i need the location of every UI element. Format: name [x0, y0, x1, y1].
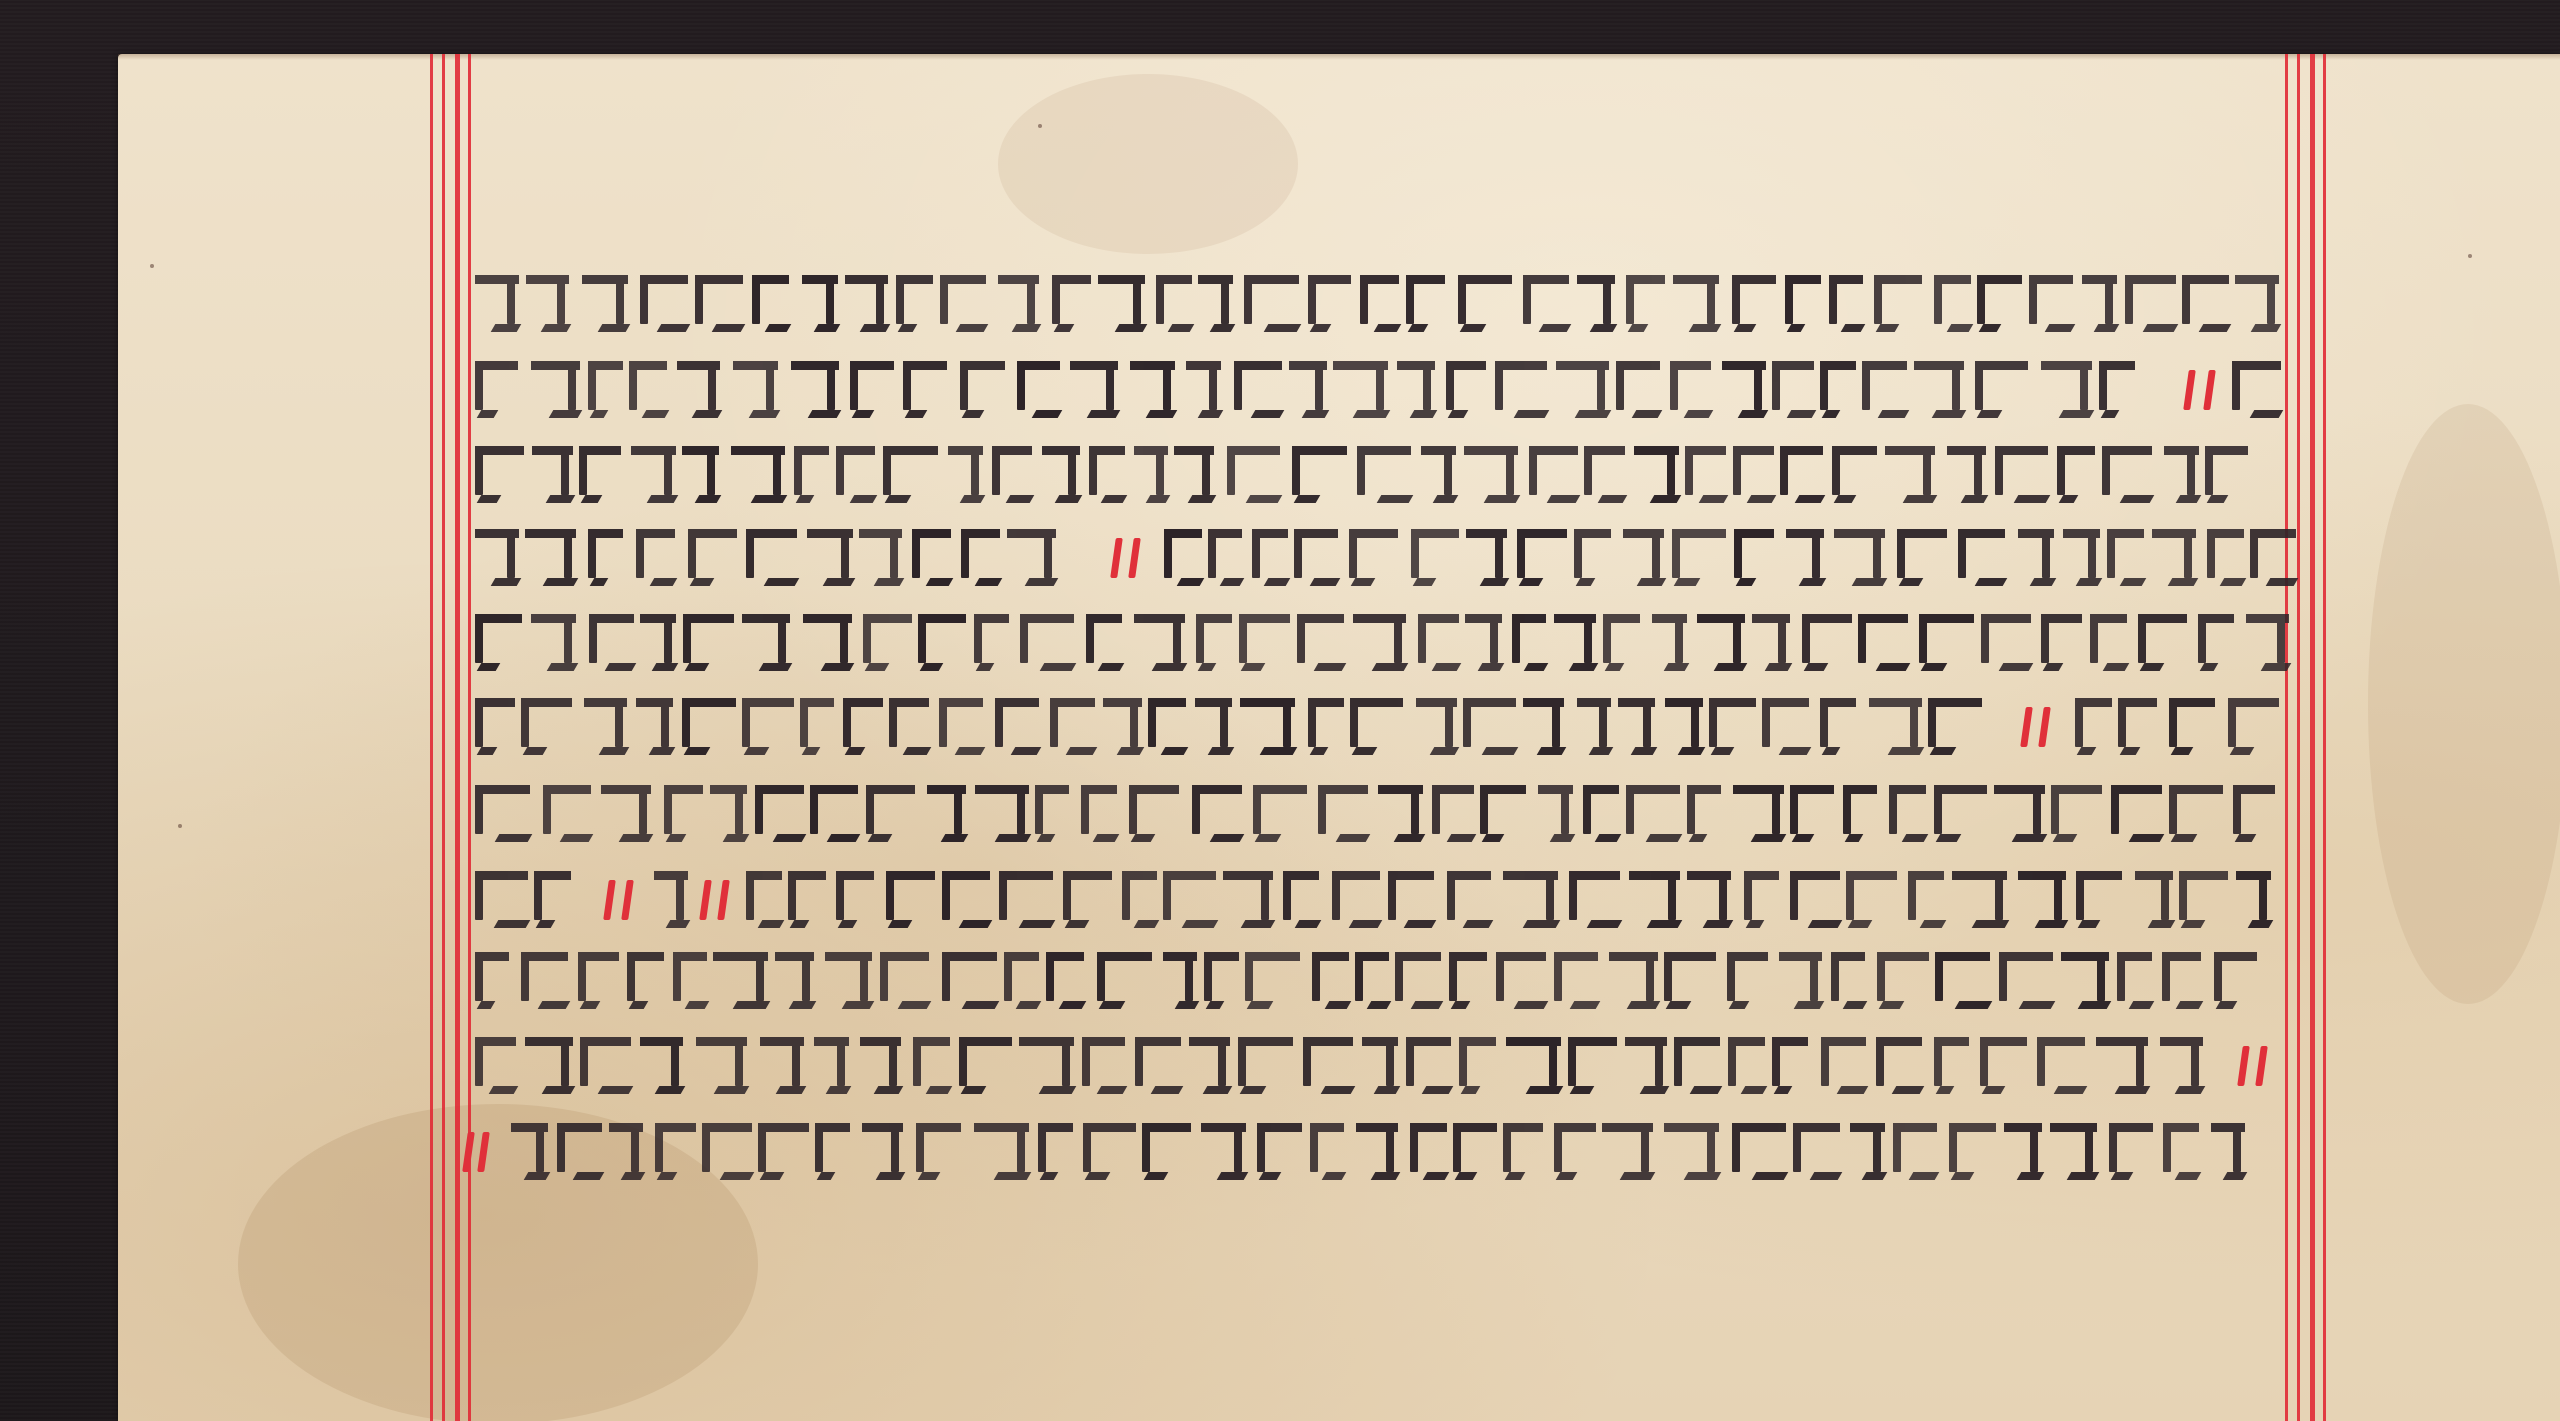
script-glyph — [1664, 952, 1716, 1005]
script-glyph — [2041, 614, 2082, 667]
script-glyph — [1626, 275, 1665, 328]
script-glyph — [2109, 1123, 2153, 1176]
script-glyph — [1618, 698, 1655, 751]
script-glyph — [1253, 785, 1307, 838]
script-glyph — [2082, 275, 2117, 328]
script-glyph — [1722, 361, 1766, 414]
script-glyph — [1463, 698, 1516, 751]
script-glyph — [1934, 1037, 1969, 1090]
script-glyph — [862, 1123, 903, 1176]
script-glyph — [525, 529, 576, 582]
script-glyph — [1204, 952, 1239, 1005]
script-glyph — [1163, 952, 1197, 1005]
script-glyph — [1850, 1123, 1885, 1176]
script-glyph — [1503, 1123, 1543, 1176]
script-glyph — [2107, 529, 2144, 582]
script-glyph — [1332, 871, 1380, 924]
script-glyph — [912, 529, 951, 582]
script-glyph — [713, 952, 768, 1005]
script-glyph — [1734, 529, 1774, 582]
script-glyph — [2096, 1037, 2148, 1090]
script-glyph — [1097, 952, 1152, 1005]
script-glyph — [1495, 361, 1547, 414]
script-glyph — [998, 275, 1039, 328]
script-glyph — [1283, 871, 1319, 924]
script-glyph — [1919, 614, 1974, 667]
script-glyph — [579, 446, 621, 499]
script-glyph — [758, 1123, 809, 1176]
script-glyph — [927, 785, 966, 838]
script-glyph — [1785, 275, 1821, 328]
red-danda-mark — [2237, 1046, 2250, 1086]
script-glyph — [999, 871, 1053, 924]
script-glyph — [1411, 529, 1459, 582]
script-glyph — [1082, 1037, 1125, 1090]
script-glyph — [742, 698, 794, 751]
script-glyph — [584, 698, 627, 751]
script-glyph — [1523, 275, 1569, 328]
script-glyph — [2018, 871, 2066, 924]
script-glyph — [815, 1123, 850, 1176]
script-glyph — [1793, 1123, 1840, 1176]
script-glyph — [1994, 785, 2045, 838]
script-glyph — [2163, 1123, 2199, 1176]
script-glyph — [942, 871, 990, 924]
script-glyph — [1779, 952, 1822, 1005]
script-glyph — [475, 614, 522, 667]
script-glyph — [1103, 698, 1142, 751]
script-glyph — [682, 698, 736, 751]
script-glyph — [710, 785, 747, 838]
script-glyph — [1574, 529, 1611, 582]
script-glyph — [1538, 785, 1573, 838]
script-glyph — [1017, 361, 1060, 414]
script-glyph — [1802, 614, 1852, 667]
script-glyph — [1227, 446, 1280, 499]
script-glyph — [1294, 529, 1338, 582]
script-glyph — [1821, 1037, 1866, 1090]
script-glyph — [1174, 446, 1214, 499]
script-glyph — [1244, 275, 1299, 328]
script-glyph — [1554, 1123, 1596, 1176]
script-glyph — [746, 529, 797, 582]
script-glyph — [975, 785, 1029, 838]
script-glyph — [733, 361, 778, 414]
script-glyph — [631, 446, 676, 499]
script-glyph — [1977, 275, 2022, 328]
script-glyph — [1308, 698, 1344, 751]
script-glyph — [2090, 614, 2127, 667]
red-danda-mark — [699, 880, 712, 920]
script-glyph — [475, 446, 524, 499]
script-glyph — [2246, 614, 2289, 667]
script-glyph — [1687, 785, 1721, 838]
script-glyph — [843, 698, 883, 751]
red-danda-mark — [603, 880, 616, 920]
script-glyph — [1130, 361, 1175, 414]
script-glyph — [1163, 871, 1216, 924]
script-glyph — [960, 361, 1005, 414]
script-glyph — [794, 446, 829, 499]
script-glyph — [1252, 529, 1288, 582]
script-glyph — [1459, 1037, 1496, 1090]
script-glyph — [1697, 614, 1745, 667]
script-glyph — [475, 529, 519, 582]
script-glyph — [654, 871, 688, 924]
script-glyph — [1728, 1037, 1765, 1090]
script-glyph — [1410, 1123, 1447, 1176]
script-glyph — [1517, 529, 1567, 582]
script-glyph — [521, 698, 572, 751]
script-glyph — [992, 446, 1032, 499]
script-glyph — [1665, 698, 1703, 751]
script-glyph — [543, 785, 591, 838]
script-glyph — [1672, 529, 1726, 582]
script-glyph — [1664, 1123, 1719, 1176]
script-glyph — [1790, 871, 1840, 924]
script-glyph — [588, 529, 623, 582]
script-glyph — [1496, 952, 1546, 1005]
manuscript-line — [0, 780, 2560, 844]
script-glyph — [1752, 614, 1790, 667]
script-glyph — [1889, 785, 1926, 838]
script-glyph — [1350, 698, 1403, 751]
script-glyph — [1503, 871, 1558, 924]
manuscript-line — [0, 1118, 2560, 1182]
script-glyph — [1019, 1037, 1074, 1090]
script-glyph — [1447, 871, 1491, 924]
script-glyph — [1083, 1123, 1136, 1176]
script-glyph — [683, 614, 734, 667]
script-glyph — [1995, 446, 2048, 499]
script-glyph — [1577, 275, 1615, 328]
script-glyph — [2041, 361, 2092, 414]
script-glyph — [1623, 529, 1664, 582]
script-glyph — [578, 952, 619, 1005]
script-glyph — [1098, 275, 1145, 328]
script-glyph — [1885, 446, 1935, 499]
script-glyph — [2111, 785, 2162, 838]
script-glyph — [1063, 871, 1112, 924]
script-glyph — [1603, 614, 1640, 667]
script-glyph — [580, 1037, 631, 1090]
script-glyph — [1634, 446, 1679, 499]
script-glyph — [731, 446, 785, 499]
script-glyph — [1480, 785, 1526, 838]
script-glyph — [1397, 361, 1435, 414]
script-glyph — [2169, 698, 2215, 751]
script-glyph — [788, 871, 826, 924]
script-glyph — [1727, 952, 1768, 1005]
script-glyph — [2179, 871, 2228, 924]
script-glyph — [1196, 614, 1232, 667]
script-glyph — [939, 698, 983, 751]
script-glyph — [916, 1123, 961, 1176]
script-glyph — [2205, 446, 2248, 499]
script-glyph — [1820, 698, 1856, 751]
script-glyph — [1303, 1037, 1353, 1090]
script-glyph — [1239, 614, 1290, 667]
script-glyph — [2125, 275, 2176, 328]
script-glyph — [1914, 361, 1964, 414]
script-glyph — [1980, 1037, 2027, 1090]
script-glyph — [2162, 952, 2201, 1005]
script-glyph — [1308, 275, 1351, 328]
script-glyph — [800, 698, 834, 751]
script-glyph — [1685, 446, 1726, 499]
script-glyph — [475, 698, 515, 751]
script-glyph — [1556, 361, 1609, 414]
script-glyph — [2182, 275, 2229, 328]
script-glyph — [2228, 698, 2279, 751]
script-glyph — [601, 785, 651, 838]
script-glyph — [791, 361, 839, 414]
script-glyph — [1356, 1123, 1398, 1176]
script-glyph — [959, 1037, 1012, 1090]
script-glyph — [1949, 1123, 1996, 1176]
script-glyph — [475, 275, 519, 328]
script-glyph — [609, 1123, 643, 1176]
script-glyph — [1732, 275, 1776, 328]
script-glyph — [1086, 614, 1122, 667]
script-glyph — [2138, 614, 2187, 667]
script-glyph — [1934, 275, 1971, 328]
script-glyph — [1020, 614, 1074, 667]
script-glyph — [1333, 361, 1388, 414]
script-glyph — [531, 361, 580, 414]
script-glyph — [1257, 1123, 1302, 1176]
script-glyph — [802, 275, 838, 328]
script-glyph — [2232, 361, 2281, 414]
script-glyph — [1289, 361, 1327, 414]
script-glyph — [1007, 529, 1056, 582]
script-glyph — [775, 952, 814, 1005]
script-glyph — [859, 529, 902, 582]
script-glyph — [1134, 446, 1168, 499]
script-glyph — [640, 614, 676, 667]
manuscript-line — [0, 1032, 2560, 1096]
script-glyph — [860, 1037, 901, 1090]
script-glyph — [1388, 871, 1434, 924]
script-glyph — [511, 1123, 548, 1176]
script-glyph — [1406, 1037, 1451, 1090]
script-glyph — [1786, 529, 1824, 582]
script-glyph — [1378, 785, 1423, 838]
script-glyph — [1465, 614, 1502, 667]
script-glyph — [1843, 785, 1877, 838]
manuscript-line — [0, 356, 2560, 420]
script-glyph — [2235, 275, 2279, 328]
script-glyph — [1360, 275, 1399, 328]
red-danda-mark — [462, 1132, 475, 1172]
script-glyph — [1625, 1037, 1667, 1090]
manuscript-line — [0, 609, 2560, 673]
script-glyph — [1629, 871, 1680, 924]
script-glyph — [1523, 698, 1564, 751]
script-glyph — [1506, 1037, 1561, 1090]
script-glyph — [1569, 871, 1620, 924]
script-glyph — [1189, 1037, 1230, 1090]
script-glyph — [807, 529, 853, 582]
script-glyph — [1934, 785, 1987, 838]
script-glyph — [1466, 529, 1507, 582]
script-glyph — [836, 446, 875, 499]
script-glyph — [1223, 871, 1273, 924]
script-glyph — [1981, 614, 2031, 667]
script-glyph — [1240, 698, 1295, 751]
red-danda-mark — [717, 880, 730, 920]
script-glyph — [1245, 952, 1300, 1005]
script-glyph — [1395, 952, 1441, 1005]
script-glyph — [475, 1037, 516, 1090]
script-glyph — [1234, 361, 1282, 414]
script-glyph — [1458, 275, 1512, 328]
script-glyph — [1674, 1037, 1720, 1090]
script-glyph — [682, 446, 719, 499]
script-glyph — [2207, 529, 2244, 582]
script-glyph — [1874, 275, 1922, 328]
manuscript-line — [0, 866, 2560, 930]
script-glyph — [803, 614, 852, 667]
script-glyph — [1238, 1037, 1293, 1090]
script-glyph — [589, 614, 634, 667]
script-glyph — [475, 785, 530, 838]
script-glyph — [2117, 952, 2152, 1005]
script-glyph — [521, 952, 568, 1005]
script-glyph — [1829, 275, 1863, 328]
script-glyph — [1893, 1123, 1937, 1176]
script-glyph — [1355, 952, 1389, 1005]
script-glyph — [1609, 952, 1658, 1005]
script-glyph — [1512, 614, 1546, 667]
script-glyph — [475, 361, 518, 414]
script-glyph — [702, 1123, 752, 1176]
script-glyph — [1869, 698, 1922, 751]
script-glyph — [2057, 446, 2095, 499]
script-glyph — [755, 785, 804, 838]
script-glyph — [1122, 871, 1157, 924]
script-glyph — [1038, 1123, 1073, 1176]
script-glyph — [1129, 785, 1179, 838]
red-danda-mark — [1110, 538, 1123, 578]
script-glyph — [1862, 361, 1907, 414]
script-glyph — [1186, 361, 1221, 414]
manuscript-line — [0, 693, 2560, 757]
script-glyph — [913, 1037, 950, 1090]
script-glyph — [2004, 1123, 2042, 1176]
script-glyph — [961, 529, 1000, 582]
red-danda-mark — [2020, 707, 2033, 747]
script-glyph — [850, 361, 894, 414]
script-glyph — [526, 275, 569, 328]
script-glyph — [1952, 871, 2007, 924]
script-glyph — [1416, 698, 1457, 751]
script-glyph — [1142, 1123, 1191, 1176]
script-glyph — [1554, 614, 1596, 667]
script-glyph — [1790, 785, 1834, 838]
script-glyph — [2169, 785, 2223, 838]
script-glyph — [845, 275, 888, 328]
script-glyph — [1201, 1123, 1246, 1176]
script-glyph — [1709, 698, 1756, 751]
script-glyph — [2075, 698, 2112, 751]
script-glyph — [918, 614, 966, 667]
script-glyph — [1081, 785, 1117, 838]
script-glyph — [1846, 871, 1897, 924]
script-glyph — [1834, 529, 1885, 582]
script-glyph — [1673, 275, 1719, 328]
script-glyph — [746, 871, 782, 924]
manuscript-line — [0, 441, 2560, 505]
script-glyph — [582, 275, 628, 328]
script-glyph — [760, 1037, 804, 1090]
script-glyph — [1449, 952, 1487, 1005]
script-glyph — [677, 361, 720, 414]
script-glyph — [1958, 529, 2005, 582]
script-glyph — [1908, 871, 1944, 924]
script-glyph — [1421, 446, 1456, 499]
script-glyph — [557, 1123, 602, 1176]
script-glyph — [974, 1123, 1029, 1176]
script-glyph — [1362, 1037, 1398, 1090]
script-glyph — [2050, 1123, 2097, 1176]
script-glyph — [1732, 1123, 1786, 1176]
script-glyph — [1877, 952, 1929, 1005]
script-glyph — [752, 275, 789, 328]
script-glyph — [695, 275, 743, 328]
script-glyph — [1670, 361, 1711, 414]
script-glyph — [2102, 446, 2152, 499]
script-glyph — [1975, 361, 2028, 414]
script-glyph — [1652, 614, 1687, 667]
script-glyph — [889, 698, 929, 751]
script-glyph — [1192, 785, 1242, 838]
script-glyph — [886, 871, 935, 924]
script-glyph — [629, 361, 667, 414]
script-glyph — [1733, 785, 1784, 838]
script-glyph — [1089, 446, 1125, 499]
script-glyph — [1602, 1123, 1653, 1176]
script-glyph — [1529, 446, 1578, 499]
script-glyph — [532, 446, 573, 499]
script-glyph — [942, 952, 997, 1005]
script-glyph — [1554, 952, 1598, 1005]
script-glyph — [475, 952, 509, 1005]
script-glyph — [2037, 1037, 2085, 1090]
script-glyph — [2250, 529, 2296, 582]
script-glyph — [940, 275, 986, 328]
script-glyph — [883, 446, 938, 499]
script-glyph — [525, 1037, 573, 1090]
script-glyph — [1947, 446, 1986, 499]
red-danda-mark — [2255, 1046, 2268, 1086]
script-glyph — [1052, 275, 1091, 328]
script-glyph — [863, 614, 912, 667]
script-glyph — [866, 785, 915, 838]
script-glyph — [627, 952, 664, 1005]
script-glyph — [2018, 529, 2054, 582]
script-glyph — [1312, 952, 1349, 1005]
script-glyph — [2211, 1123, 2245, 1176]
script-glyph — [1780, 446, 1823, 499]
script-glyph — [742, 614, 790, 667]
script-glyph — [688, 529, 737, 582]
script-glyph — [1292, 446, 1347, 499]
red-danda-mark — [477, 1132, 490, 1172]
script-glyph — [1198, 275, 1233, 328]
script-glyph — [2198, 614, 2234, 667]
script-glyph — [948, 446, 983, 499]
